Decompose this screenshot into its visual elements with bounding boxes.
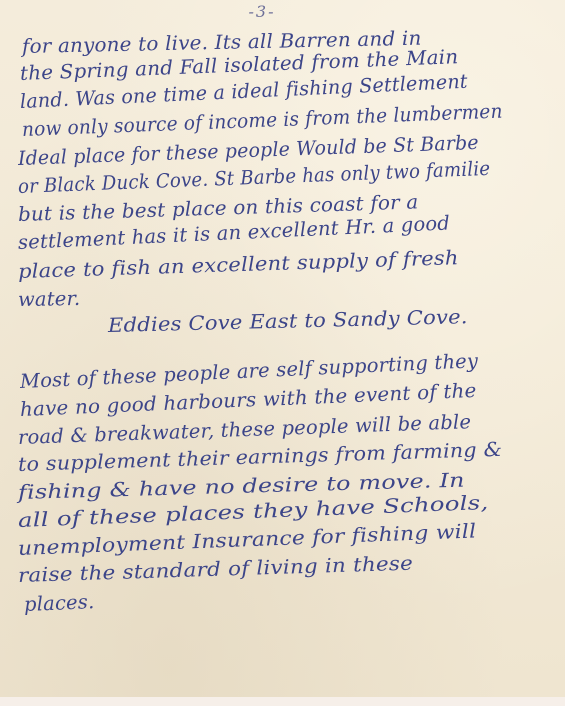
- page-bottom-edge: [0, 697, 565, 706]
- section-heading: Eddies Cove East to Sandy Cove.: [108, 305, 468, 337]
- text-line: places.: [24, 590, 95, 616]
- text-line: place to fish an excellent supply of fre…: [18, 246, 459, 283]
- text-line: water.: [18, 287, 81, 311]
- page-number: -3-: [232, 2, 292, 21]
- letter-page: -3- for anyone to live. Its all Barren a…: [0, 0, 565, 697]
